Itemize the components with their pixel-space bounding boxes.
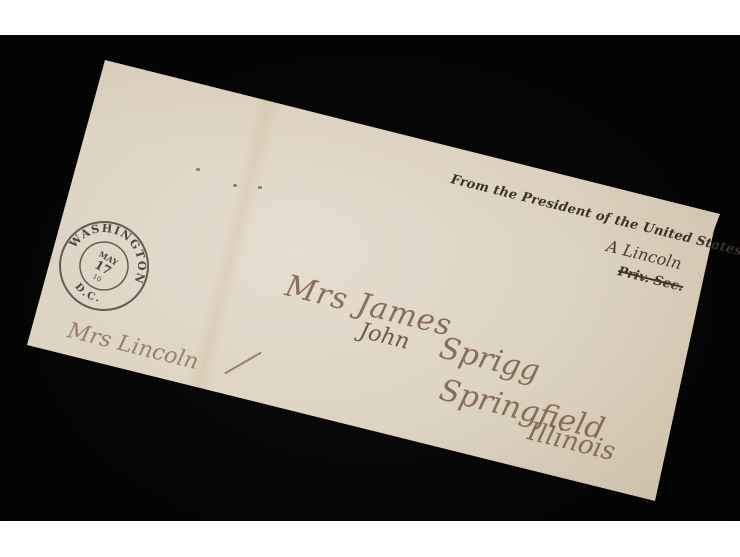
envelope-markings: From the President of the United States.…	[0, 0, 740, 557]
printed-franking-header: From the President of the United States.	[449, 172, 740, 260]
paper-blemish	[196, 168, 200, 171]
postmark-city: WASHINGTON	[65, 205, 165, 289]
docket-flourish	[224, 352, 261, 375]
postmark-stamp: WASHINGTON D.C. MAY 17 10	[41, 203, 167, 329]
paper-blemish	[233, 184, 237, 187]
svg-text:WASHINGTON: WASHINGTON	[65, 205, 165, 289]
paper-blemish	[258, 186, 262, 189]
docket-note: Mrs Lincoln	[65, 318, 201, 375]
postmark-icon: WASHINGTON D.C. MAY 17 10	[41, 203, 167, 329]
